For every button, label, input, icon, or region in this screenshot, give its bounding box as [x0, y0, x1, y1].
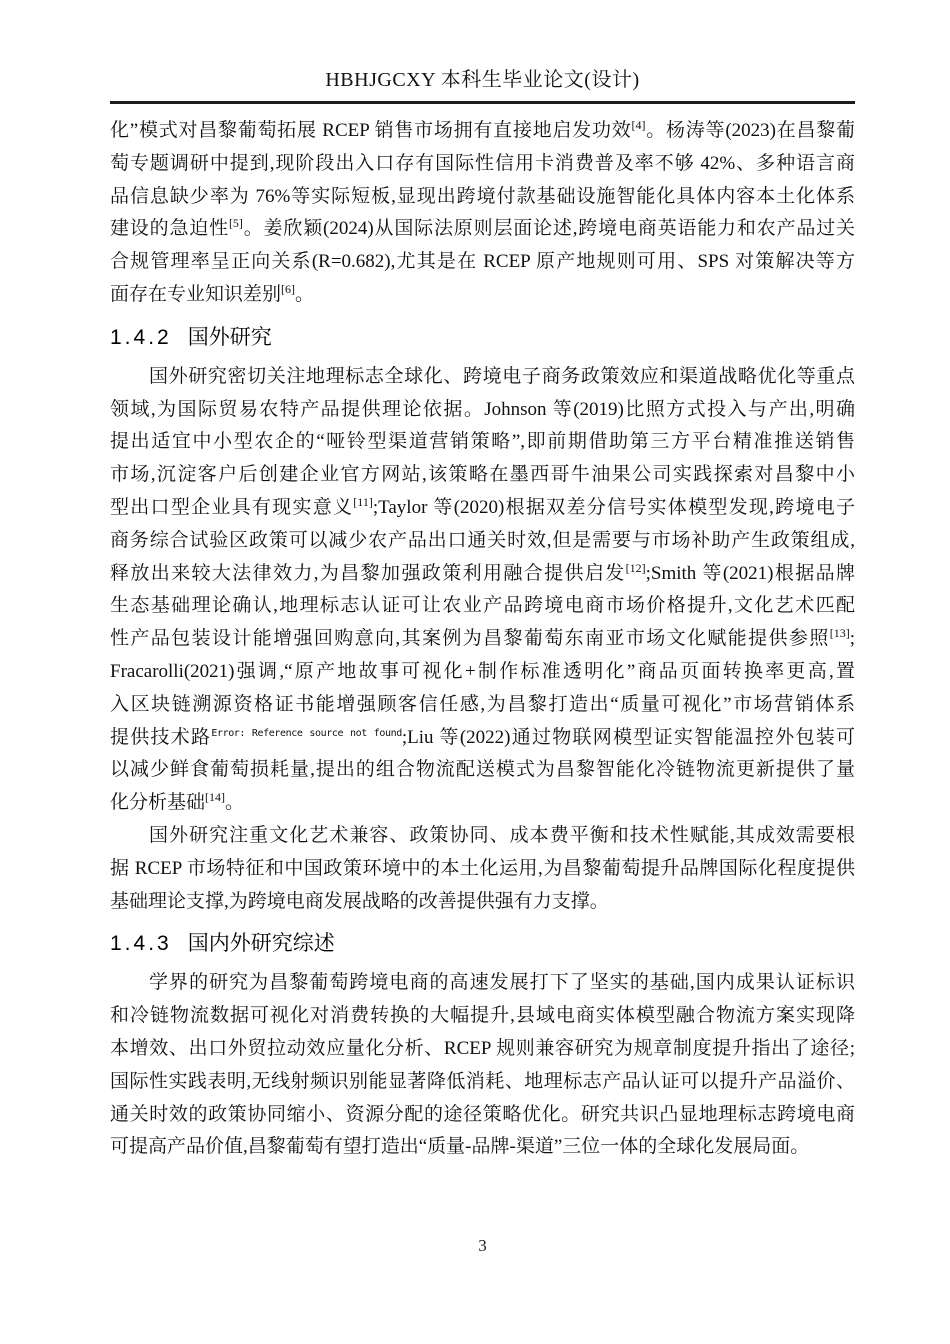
citation-superscript: [12] [626, 561, 646, 575]
paragraph-line: 建设的急迫性[5]。姜欣颖(2024)从国际法原则层面论述,跨境电商英语能力和农… [110, 213, 855, 246]
paragraph-line: 学界的研究为昌黎葡萄跨境电商的高速发展打下了坚实的基础,国内成果认证标识 [110, 967, 855, 1000]
paragraph-line: 合规管理率呈正向关系(R=0.682),尤其是在 RCEP 原产地规则可用、SP… [110, 246, 855, 279]
paragraph-line: Fracarolli(2021)强调,“原产地故事可视化+制作标准透明化”商品页… [110, 656, 855, 689]
document-body: 化”模式对昌黎葡萄拓展 RCEP 销售市场拥有直接地启发功效[4]。杨涛等(20… [110, 115, 855, 1164]
paragraph-line: 国外研究密切关注地理标志全球化、跨境电子商务政策效应和渠道战略优化等重点 [110, 361, 855, 394]
citation-superscript: [14] [205, 790, 225, 804]
citation-superscript: [11] [353, 495, 373, 509]
paragraph-line: 市场,沉淀客户后创建企业官方网站,该策略在墨西哥牛油果公司实践探索对昌黎中小 [110, 459, 855, 492]
paragraph-line: 以减少鲜食葡萄损耗量,提出的组合物流配送模式为昌黎智能化冷链物流更新提供了量 [110, 754, 855, 787]
section-title: 国外研究 [188, 326, 272, 349]
paragraph: 国外研究注重文化艺术兼容、政策协同、成本费平衡和技术性赋能,其成效需要根据 RC… [110, 820, 855, 918]
page-number: 3 [478, 1236, 487, 1255]
page-footer: 3 [110, 1236, 855, 1256]
paragraph-line: 通关时效的政策协同缩小、资源分配的途径策略优化。研究共识凸显地理标志跨境电商 [110, 1099, 855, 1132]
section-number: 1.4.3 [110, 932, 172, 955]
paragraph-line: 国际性实践表明,无线射频识别能显著降低消耗、地理标志产品认证可以提升产品溢价、 [110, 1066, 855, 1099]
section-title: 国内外研究综述 [188, 932, 335, 955]
running-head: HBHJGCXY 本科生毕业论文(设计) [325, 69, 639, 91]
paragraph-line: 面存在专业知识差别[6]。 [110, 279, 855, 312]
citation-superscript: [4] [632, 118, 646, 132]
paragraph-line: 可提高产品价值,昌黎葡萄有望打造出“质量-品牌-渠道”三位一体的全球化发展局面。 [110, 1131, 855, 1164]
paragraph-line: 基础理论支撑,为跨境电商发展战略的改善提供强有力支撑。 [110, 886, 855, 919]
paragraph-line: 和冷链物流数据可视化对消费转换的大幅提升,县域电商实体模型融合物流方案实现降 [110, 1000, 855, 1033]
paragraph-line: 入区块链溯源资格证书能增强顾客信任感,为昌黎打造出“质量可视化”市场营销体系 [110, 689, 855, 722]
page-header: HBHJGCXY 本科生毕业论文(设计) [110, 66, 855, 104]
paragraph-line: 提出适宜中小型农企的“哑铃型渠道营销策略”,即前期借助第三方平台精准推送销售 [110, 426, 855, 459]
paragraph: 学界的研究为昌黎葡萄跨境电商的高速发展打下了坚实的基础,国内成果认证标识和冷链物… [110, 967, 855, 1164]
paragraph-line: 化”模式对昌黎葡萄拓展 RCEP 销售市场拥有直接地启发功效[4]。杨涛等(20… [110, 115, 855, 148]
paragraph-line: 本增效、出口外贸拉动效应量化分析、RCEP 规则兼容研究为规章制度提升指出了途径… [110, 1033, 855, 1066]
paragraph-line: 性产品包装设计能增强回购意向,其案例为昌黎葡萄东南亚市场文化赋能提供参照[13]… [110, 623, 855, 656]
paragraph-line: 据 RCEP 市场特征和中国政策环境中的本土化运用,为昌黎葡萄提升品牌国际化程度… [110, 853, 855, 886]
error-reference-superscript: Error: Reference source not found [211, 728, 402, 739]
citation-superscript: [13] [830, 626, 850, 640]
paragraph-line: 化分析基础[14]。 [110, 787, 855, 820]
paragraph-line: 商务综合试验区政策可以减少农产品出口通关时效,但是需要与市场补助产生政策组成, [110, 525, 855, 558]
paragraph-line: 领域,为国际贸易农特产品提供理论依据。Johnson 等(2019)比照方式投入… [110, 394, 855, 427]
citation-superscript: [6] [281, 282, 295, 296]
paragraph-line: 品信息缺少率为 76%等实际短板,显现出跨境付款基础设施智能化具体内容本土化体系 [110, 181, 855, 214]
section-number: 1.4.2 [110, 326, 172, 349]
citation-superscript: [5] [229, 216, 243, 230]
paragraph: 化”模式对昌黎葡萄拓展 RCEP 销售市场拥有直接地启发功效[4]。杨涛等(20… [110, 115, 855, 312]
paragraph-line: 萄专题调研中提到,现阶段出入口存有国际性信用卡消费普及率不够 42%、多种语言商 [110, 148, 855, 181]
section-heading: 1.4.3国内外研究综述 [110, 927, 855, 960]
paragraph-line: 型出口型企业具有现实意义[11];Taylor 等(2020)根据双差分信号实体… [110, 492, 855, 525]
paragraph-line: 生态基础理论确认,地理标志认证可让农业产品跨境电商市场价格提升,文化艺术匹配 [110, 590, 855, 623]
paragraph-line: 国外研究注重文化艺术兼容、政策协同、成本费平衡和技术性赋能,其成效需要根 [110, 820, 855, 853]
section-heading: 1.4.2国外研究 [110, 321, 855, 354]
document-page: HBHJGCXY 本科生毕业论文(设计) 化”模式对昌黎葡萄拓展 RCEP 销售… [0, 0, 950, 1344]
paragraph-line: 提供技术路Error: Reference source not found;L… [110, 722, 855, 755]
paragraph-line: 释放出来较大法律效力,为昌黎加强政策利用融合提供启发[12];Smith 等(2… [110, 558, 855, 591]
paragraph: 国外研究密切关注地理标志全球化、跨境电子商务政策效应和渠道战略优化等重点领域,为… [110, 361, 855, 820]
